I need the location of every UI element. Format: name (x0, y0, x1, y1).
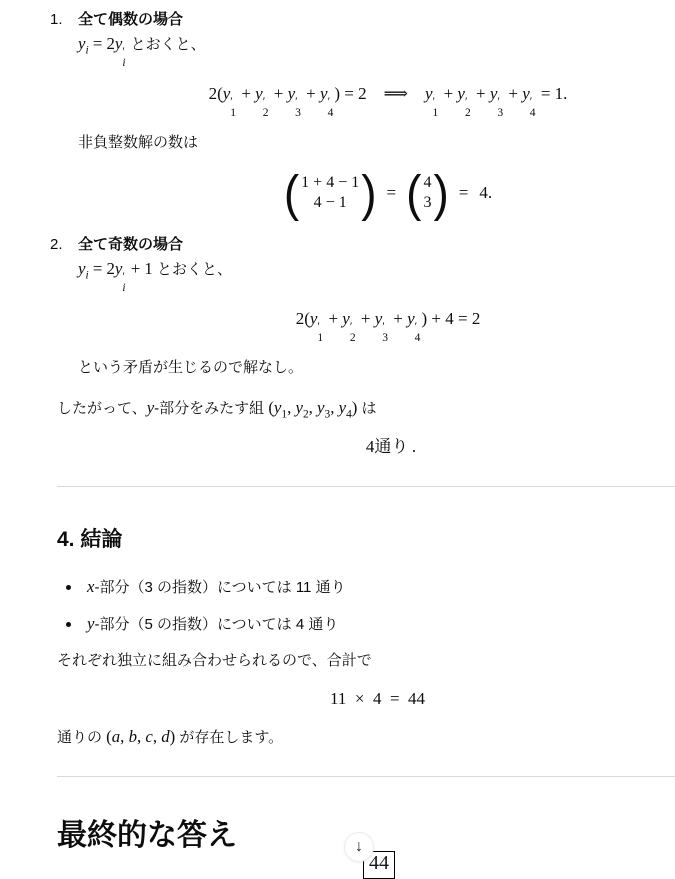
right-paren-icon: ) (361, 165, 376, 221)
final-answer-value: 44 (369, 852, 389, 874)
total-display-equation: 11 × 4 = 44 (57, 686, 675, 712)
left-paren-icon: ( (284, 165, 299, 221)
section-divider (57, 776, 675, 777)
left-paren-icon: ( (406, 165, 421, 221)
list-number: 1. (50, 8, 78, 233)
bullet-item-x-part: x-部分（3 の指数）については 11 通り (57, 575, 675, 600)
conclusion-outro: 通りの (a, b, c, d) が存在します。 (57, 725, 675, 750)
bullet-text: y-部分（5 の指数）については 4 通り (87, 612, 675, 637)
down-arrow-icon: ↓ (355, 835, 363, 859)
case-title: 全て偶数の場合 (78, 8, 675, 32)
case-note: 非負整数解の数は (78, 131, 675, 155)
document-viewport: 1. 全て偶数の場合 yi = 2y′i とおくと、 2(y′1 + y′2 +… (0, 0, 675, 879)
binomial-equation: ( 1 + 4 − 1 4 − 1 ) = ( 4 (78, 165, 675, 221)
case-intro: yi = 2y′i とおくと、 (78, 32, 675, 68)
binomial-coefficient: ( 1 + 4 − 1 4 − 1 ) (284, 167, 377, 219)
case-display-equation: 2(y′1 + y′2 + y′3 + y′4) + 4 = 2 (78, 306, 675, 343)
list-item-body: 全て奇数の場合 yi = 2y′i + 1 とおくと、 2(y′1 + y′2 … (78, 233, 675, 380)
list-item-odd-case: 2. 全て奇数の場合 yi = 2y′i + 1 とおくと、 2(y′1 + y… (50, 233, 675, 380)
equals-sign: = (387, 181, 397, 205)
section-divider (57, 486, 675, 487)
case-note: という矛盾が生じるので解なし。 (78, 356, 675, 380)
binomial-coefficient: ( 4 3 ) (406, 167, 449, 219)
binomial-result: 4. (479, 181, 492, 205)
binomial-top: 1 + 4 − 1 (301, 173, 359, 193)
scroll-to-bottom-button[interactable]: ↓ (344, 832, 374, 862)
bullet-item-y-part: y-部分（5 の指数）については 4 通り (57, 612, 675, 637)
bullet-text: x-部分（3 の指数）については 11 通り (87, 575, 675, 600)
conclusion-bullet-list: x-部分（3 の指数）については 11 通り y-部分（5 の指数）については … (57, 575, 675, 637)
count-display-equation: 4通り . (57, 434, 675, 460)
bullet-dot-icon (66, 585, 71, 590)
case-title: 全て奇数の場合 (78, 233, 675, 257)
bullet-dot-icon (66, 622, 71, 627)
case-display-equation: 2(y′1 + y′2 + y′3 + y′4) = 2 ⟹ y′1 + y′2… (78, 81, 675, 118)
conclusion-heading: 4. 結論 (57, 527, 675, 553)
right-paren-icon: ) (433, 165, 448, 221)
summary-paragraph: したがって、y-部分をみたす組 (y1, y2, y3, y4) は (57, 396, 675, 421)
binomial-top: 4 (423, 173, 431, 193)
case-intro: yi = 2y′i + 1 とおくと、 (78, 257, 675, 293)
list-number: 2. (50, 233, 78, 380)
binomial-bottom: 3 (423, 193, 431, 213)
list-item-even-case: 1. 全て偶数の場合 yi = 2y′i とおくと、 2(y′1 + y′2 +… (50, 8, 675, 233)
cases-ordered-list: 1. 全て偶数の場合 yi = 2y′i とおくと、 2(y′1 + y′2 +… (50, 8, 675, 380)
math-solution-document: 1. 全て偶数の場合 yi = 2y′i とおくと、 2(y′1 + y′2 +… (0, 0, 675, 857)
binomial-bottom: 4 − 1 (314, 193, 347, 213)
conclusion-paragraph: それぞれ独立に組み合わせられるので、合計で (57, 649, 675, 673)
equals-sign: = (459, 181, 469, 205)
list-item-body: 全て偶数の場合 yi = 2y′i とおくと、 2(y′1 + y′2 + y′… (78, 8, 675, 233)
